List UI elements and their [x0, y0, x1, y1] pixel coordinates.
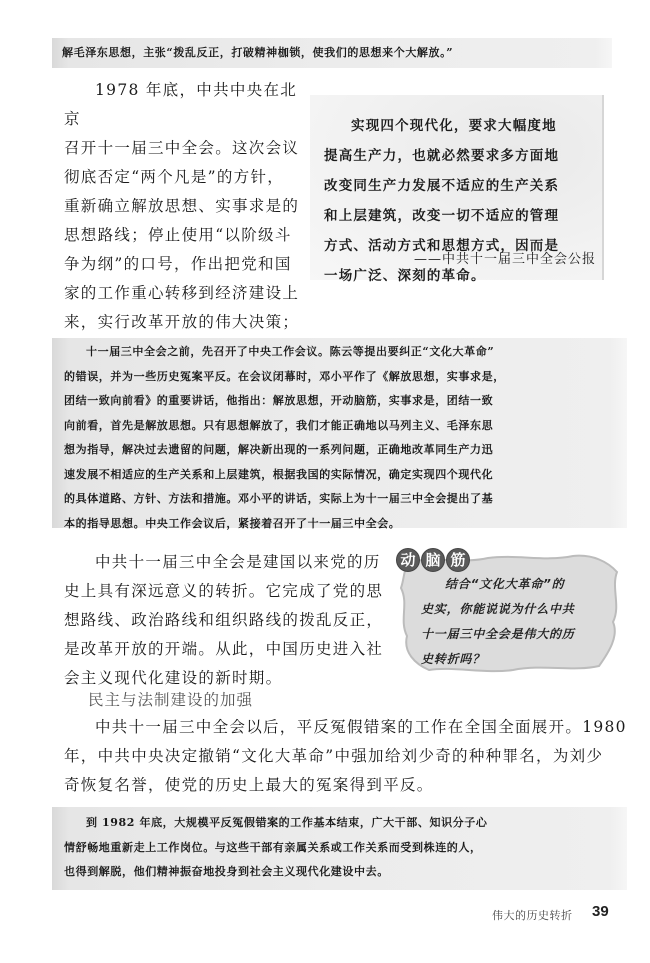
section-paragraph: 中共十一届三中全会以后，平反冤假错案的工作在全国全面展开。1980 年，中共中央… — [64, 713, 634, 800]
intro-line: 思想路线；停止使用“以阶级斗 — [64, 221, 309, 250]
significance-line: 史上具有深远意义的转折。它完成了党的思 — [64, 577, 394, 606]
box-line: 速发展不相适应的生产关系和上层建筑，根据我国的实际情况，确定实现四个现代化 — [64, 463, 616, 488]
page-number: 39 — [592, 903, 609, 920]
badge-char: 动 — [396, 548, 420, 572]
intro-line: 来，实行改革开放的伟大决策； — [64, 308, 309, 337]
intro-line: 家的工作重心转移到经济建设上 — [64, 279, 309, 308]
box-line: 团结一致向前看》的重要讲话，他指出：解放思想，开动脑筋，实事求是，团结一致 — [64, 389, 616, 414]
continuation-strip: 解毛泽东思想，主张“拨乱反正，打破精神枷锁，使我们的思想来个大解放。” — [52, 38, 612, 68]
think-line: 结合“文化大革命”的 — [421, 572, 601, 597]
intro-line: 争为纲”的口号，作出把党和国 — [64, 250, 309, 279]
section-line: 中共十一届三中全会以后，平反冤假错案的工作在全国全面展开。1980 — [64, 713, 634, 742]
box-line: 的错误，并为一些历史冤案平反。在会议闭幕时，邓小平作了《解放思想，实事求是， — [64, 365, 616, 390]
quote-line: 和上层建筑，改变一切不适应的管理 — [324, 201, 592, 231]
quote-line: 提高生产力，也就必然要求多方面地 — [324, 141, 592, 171]
box-line: 也得到解脱，他们精神振奋地投身到社会主义现代化建设中去。 — [64, 860, 619, 885]
quote-line: 改变同生产力发展不适应的生产关系 — [324, 171, 592, 201]
think-question: 结合“文化大革命”的 史实，你能说说为什么中共 十一届三中全会是伟大的历 史转折… — [421, 572, 601, 672]
quote-source: ——中共十一届三中全会公报 — [414, 248, 596, 267]
think-box: 动 脑 筋 结合“文化大革命”的 史实，你能说说为什么中共 十一届三中全会是伟大… — [393, 548, 623, 673]
quote-line: 实现四个现代化，要求大幅度地 — [324, 111, 592, 141]
box-line: 情舒畅地重新走上工作岗位。与这些干部有亲属关系或工作关系而受到株连的人， — [64, 836, 619, 861]
think-line: 史实，你能说说为什么中共 — [421, 597, 601, 622]
continuation-text: 解毛泽东思想，主张“拨乱反正，打破精神枷锁，使我们的思想来个大解放。” — [52, 38, 612, 68]
significance-line: 中共十一届三中全会是建国以来党的历 — [64, 548, 394, 577]
box-line: 本的指导思想。中央工作会议后，紧接着召开了十一届三中全会。 — [64, 512, 616, 537]
work-conference-box: 十一届三中全会之前，先召开了中央工作会议。陈云等提出要纠正“文化大革命” 的错误… — [52, 338, 627, 528]
intro-line: 1978 年底，中共中央在北京 — [64, 76, 309, 134]
communique-quote-box: 实现四个现代化，要求大幅度地 提高生产力，也就必然要求多方面地 改变同生产力发展… — [310, 95, 604, 280]
intro-line: 重新确立解放思想、实事求是的 — [64, 192, 309, 221]
significance-paragraph: 中共十一届三中全会是建国以来党的历 史上具有深远意义的转折。它完成了党的思 想路… — [64, 548, 394, 693]
significance-line: 想路线、政治路线和组织路线的拨乱反正， — [64, 606, 394, 635]
badge-char: 脑 — [421, 548, 445, 572]
box-line: 到 1982 年底，大规模平反冤假错案的工作基本结束，广大干部、知识分子心 — [64, 811, 619, 836]
badge-char: 筋 — [446, 548, 470, 572]
box-line: 想为指导，解决过去遗留的问题，解决新出现的一系列问题，正确地改革同生产力迅 — [64, 438, 616, 463]
box-line: 向前看，首先是解放思想。只有思想解放了，我们才能正确地以马列主义、毛泽东思 — [64, 414, 616, 439]
think-badge: 动 脑 筋 — [396, 548, 470, 572]
think-line: 史转折吗？ — [421, 647, 601, 672]
section-line: 奇恢复名誉，使党的历史上最大的冤案得到平反。 — [64, 771, 634, 800]
intro-line: 彻底否定“两个凡是”的方针， — [64, 163, 309, 192]
section-heading: 民主与法制建设的加强 — [88, 688, 253, 710]
significance-line: 是改革开放的开端。从此，中国历史进入社 — [64, 635, 394, 664]
think-line: 十一届三中全会是伟大的历 — [421, 622, 601, 647]
section-line: 年，中共中央决定撤销“文化大革命”中强加给刘少奇的种种罪名，为刘少 — [64, 742, 634, 771]
box-line: 的具体道路、方针、方法和措施。邓小平的讲话，实际上为十一届三中全会提出了基 — [64, 487, 616, 512]
box-line: 十一届三中全会之前，先召开了中央工作会议。陈云等提出要纠正“文化大革命” — [64, 340, 616, 365]
intro-line: 召开十一届三中全会。这次会议 — [64, 134, 309, 163]
rehabilitation-box: 到 1982 年底，大规模平反冤假错案的工作基本结束，广大干部、知识分子心 情舒… — [52, 807, 627, 890]
chapter-title: 伟大的历史转折 — [492, 907, 573, 923]
